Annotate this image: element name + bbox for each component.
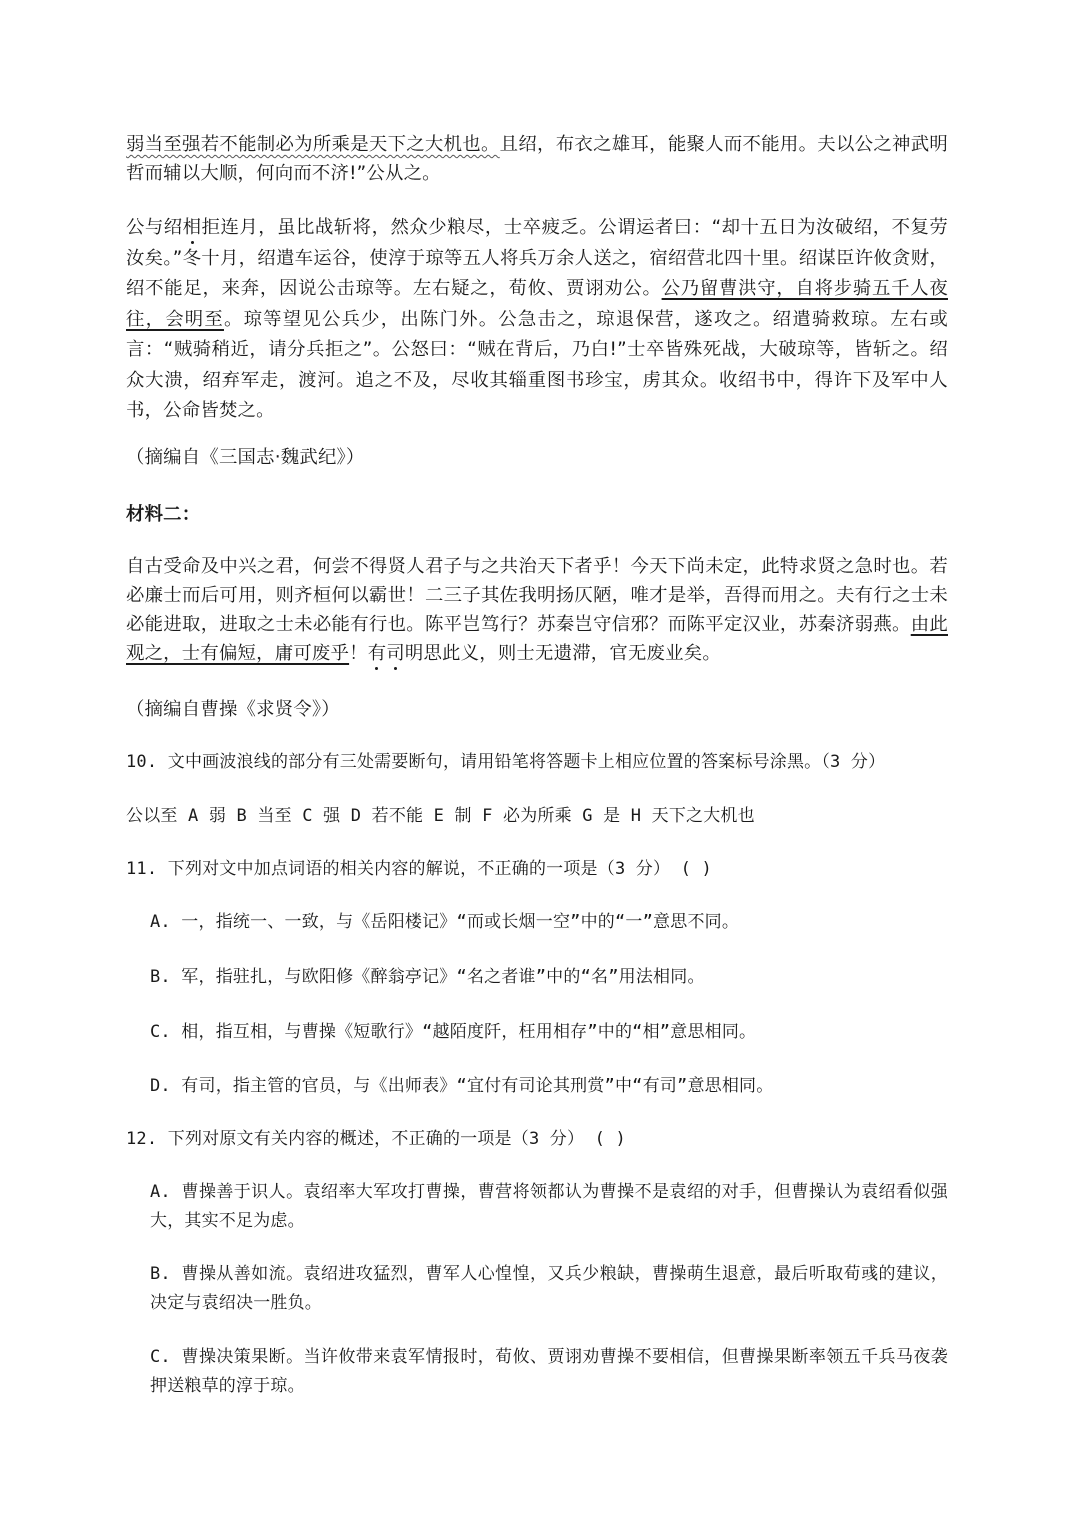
question-11-stem: 11. 下列对文中加点词语的相关内容的解说，不正确的一项是（3 分） ( ) xyxy=(126,855,948,884)
question-11-option-d: D. 有司，指主管的官员，与《出师表》“宜付有司论其刑赏”中“有司”意思相同。 xyxy=(126,1072,948,1101)
question-11-option-c: C. 相，指互相，与曹操《短歌行》“越陌度阡，枉用相存”中的“相”意思相同。 xyxy=(126,1018,948,1047)
question-12-option-a: A. 曹操善于识人。袁绍率大军攻打曹操，曹营将领都认为曹操不是袁绍的对手，但曹操… xyxy=(126,1178,948,1236)
material1-para-a: 弱当至强若不能制必为所乘是天下之大机也。且绍，布衣之雄耳，能聚人而不能用。夫以公… xyxy=(126,130,948,188)
wavy-underlined-text: 弱当至强若不能制必为所乘是天下之大机也。 xyxy=(126,134,500,155)
question-12-option-c: C. 曹操决策果断。当许攸带来袁军情报时，荀攸、贾诩劝曹操不要相信，但曹操果断率… xyxy=(126,1343,948,1401)
question-12-option-b: B. 曹操从善如流。袁绍进攻猛烈，曹军人心惶惶，又兵少粮缺，曹操萌生退意，最后听… xyxy=(126,1260,948,1318)
material2-para: 自古受命及中兴之君，何尝不得贤人君子与之共治天下者乎！今天下尚未定，此特求贤之急… xyxy=(126,552,948,668)
paragraph-text: ！ xyxy=(349,643,368,664)
source-citation-1: （摘编自《三国志·魏武纪》） xyxy=(126,443,948,472)
source-citation-2: （摘编自曹操《求贤令》） xyxy=(126,695,948,724)
question-10-line: 公以至 A 弱 B 当至 C 强 D 若不能 E 制 F 必为所乘 G 是 H … xyxy=(126,802,948,831)
question-12-stem: 12. 下列对原文有关内容的概述，不正确的一项是（3 分） ( ) xyxy=(126,1125,948,1154)
material1-para-b: 公与绍相拒连月，虽比战斩将，然众少粮尽，士卒疲乏。公谓运者曰：“却十五日为汝破绍… xyxy=(126,213,948,427)
paragraph-text: 明思此义，则士无遗滞，官无废业矣。 xyxy=(405,643,721,664)
emphasis-dot-char: 相 xyxy=(183,217,202,238)
paragraph-text: 公与绍 xyxy=(126,217,183,238)
question-11-option-b: B. 军，指驻扎，与欧阳修《醉翁亭记》“名之者谁”中的“名”用法相同。 xyxy=(126,963,948,992)
emphasis-dot-char: 司 xyxy=(386,643,405,664)
emphasis-dot-char: 有 xyxy=(368,643,387,664)
question-11-option-a: A. 一，指统一、一致，与《岳阳楼记》“而或长烟一空”中的“一”意思不同。 xyxy=(126,908,948,937)
material2-heading: 材料二： xyxy=(126,500,948,529)
question-10-stem: 10. 文中画波浪线的部分有三处需要断句，请用铅笔将答题卡上相应位置的答案标号涂… xyxy=(126,748,948,777)
paragraph-text: 自古受命及中兴之君，何尝不得贤人君子与之共治天下者乎！今天下尚未定，此特求贤之急… xyxy=(126,556,948,635)
paragraph-text: 。琼等望见公兵少，出陈门外。公急击之，琼退保营，遂攻之。绍遣骑救琼。左右或言：“… xyxy=(126,309,948,422)
